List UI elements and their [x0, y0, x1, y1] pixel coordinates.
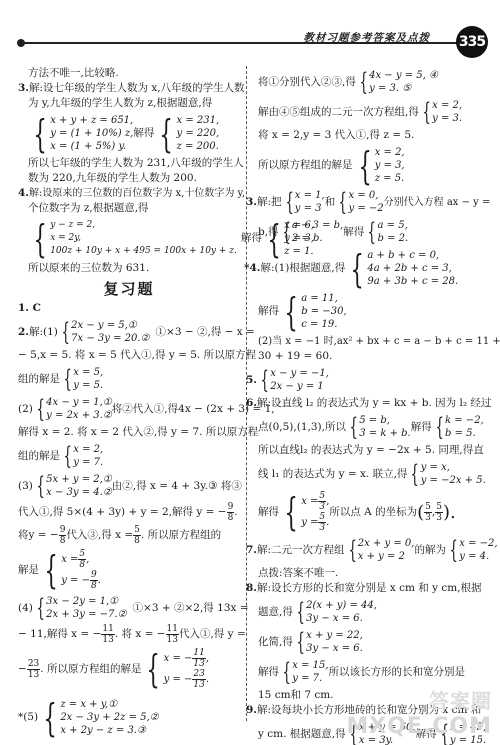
fraction: 2313 [27, 659, 40, 680]
text-line: 所以原来的三位数为 631. [18, 261, 240, 276]
text-line: − 5,x = 5. 将 x = 5 代入①,得 y = 5. 所以原方程 [18, 348, 240, 363]
right-column: 将①分别代入②③,得{4x − y = 5, ④y = 3. ⑤ 解由④⑤组成的… [258, 66, 486, 745]
solution-system: {x = 2,y = 7. [60, 443, 103, 469]
text-line: 为 y,九年级的学生人数为 z,根据题意,得 [18, 96, 240, 111]
text-line: 所以七年级的学生人数为 231,八年级的学生人 [18, 156, 240, 171]
answer-7: 7.解:二元一次方程组 {2x + y = 0,x + y = 2的解为 {x … [258, 536, 486, 581]
text-line: 将 x = 2,y = 3 代入①,得 z = 5. [258, 128, 486, 143]
tip-line: 点拨:答案不唯一. [258, 566, 486, 581]
fraction: 1113 [101, 624, 114, 645]
text-line: 所以直线l₂ 的表达式为 y = −2x + 5. 同理,得直 [258, 443, 486, 458]
question-number: 3. [18, 82, 29, 94]
solution-system: { x = −1113, y = −2313. [141, 648, 209, 690]
solution-system: {x = 231,y = 220,z = 200. [154, 114, 219, 153]
answer-5: 5. {x − y = −1,2x − y = 1 [246, 366, 486, 394]
review-answer-1: 1. C [18, 301, 240, 316]
review-answer-2: 2.解:(1) {2x − y = 5,①7x − 3y = 20.② ①×3 … [18, 318, 240, 738]
equation-system: {z = x + y,①2x − 3y + 2z = 5,②x + 2y − z… [38, 698, 159, 737]
solution-system: {x = 5,y = 5. [60, 366, 103, 392]
text-solve: 解得 [133, 126, 154, 141]
text-line: 解:设七年级的学生人数为 x,八年级的学生人数 [29, 82, 245, 94]
fraction: 98 [59, 525, 67, 546]
text-line: (2)当 x = −1 时,ax² + bx + c = a − b + c =… [258, 334, 486, 349]
answer-4: 4.解:设原来的三位数的百位数字为 x,十位数字为 y, 个位数字为 z,根据题… [18, 186, 240, 276]
solution-system: {x = 2,y = 3,z = 5. [353, 146, 405, 185]
equation-system: {x + y + z = 651,y = (1 + 10%) z,x = (1 … [28, 114, 133, 153]
text-line: 个位数字为 z,根据题意,得 [18, 201, 240, 216]
answer-6: 6.解:设直线 l₂ 的表达式为 y = kx + b. 因为 l₂ 经过 点(… [258, 396, 486, 534]
page-number-badge: 335 [456, 26, 488, 58]
text-line: 解:设原来的三位数的百位数字为 x,十位数字为 y, [29, 188, 245, 199]
equation-system: {5x + y = 2,①x − 3y = 4.② [33, 473, 112, 499]
text-line: 方法不唯一,比较略. [18, 66, 240, 81]
fraction: 98 [227, 502, 235, 523]
solution-system: { x =58, y = −98. [39, 549, 101, 591]
equation-system: {3x − 2y = 1,①2x + 3y = −7.② [33, 595, 127, 621]
equation-system: {y − z = 2,x = 2y,100z + 10y + x + 495 =… [28, 219, 237, 258]
fraction: 1113 [166, 624, 179, 645]
equation-system: {4x − y = 5, ④y = 3. ⑤ [356, 69, 438, 95]
text-line: 解得 x = 2. 将 x = 2 代入②,得 y = 7. 所以原方程 [18, 425, 240, 440]
fraction: 58 [133, 525, 141, 546]
section-title: 复习题 [18, 282, 240, 297]
left-column: 方法不唯一,比较略. 3.解:设七年级的学生人数为 x,八年级的学生人数 为 y… [18, 66, 240, 740]
watermark: 答案圈 MXQE.COM [346, 685, 492, 739]
answer-3-right: 3.解:把 {x = 1,y = 3和 {x = 0,y = −2分别代入方程 … [258, 188, 486, 246]
text-line: 数为 220,九年级的学生人数为 200. [18, 171, 240, 186]
equation-system: {4x − y = 1,①y = 2x + 3.② [33, 396, 112, 422]
answer-4-right: *4.解:(1)根据题意,得 {a + b + c = 0,4a + 2b + … [258, 248, 486, 364]
question-number: 4. [18, 187, 29, 199]
equation-system: {2x − y = 5,①7x − 3y = 20.② [58, 319, 150, 345]
text-line: 30 + 19 = 60. [258, 349, 486, 364]
solution-system: {x = 2,y = 3. [419, 99, 462, 125]
header-title: 教材习题参考答案及点拨 [304, 30, 431, 45]
answer-3: 3.解:设七年级的学生人数为 x,八年级的学生人数 为 y,九年级的学生人数为 … [18, 81, 240, 186]
